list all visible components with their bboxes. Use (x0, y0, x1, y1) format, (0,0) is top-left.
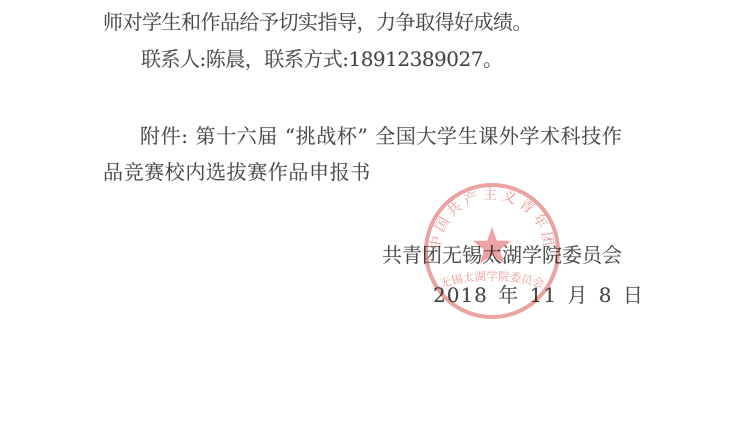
attachment-line-2: 品竞赛校内选拔赛作品申报书 (103, 160, 371, 184)
svg-text:无锡太湖学院委员会: 无锡太湖学院委员会 (438, 269, 546, 291)
document-page: 师对学生和作品给予切实指导，力争取得好成绩。 联系人:陈晨，联系方式:18912… (0, 0, 730, 443)
seal-bottom-text: 无锡太湖学院委员会 (438, 269, 546, 291)
star-icon (473, 227, 511, 264)
contact-line: 联系人:陈晨，联系方式:18912389027。 (141, 47, 502, 71)
attachment-line-1: 附件: 第十六届 “挑战杯” 全国大学生课外学术科技作 (140, 124, 622, 148)
official-seal: 中国共产主义青年团 无锡太湖学院委员会 (421, 180, 563, 322)
body-line-1: 师对学生和作品给予切实指导，力争取得好成绩。 (103, 10, 532, 34)
